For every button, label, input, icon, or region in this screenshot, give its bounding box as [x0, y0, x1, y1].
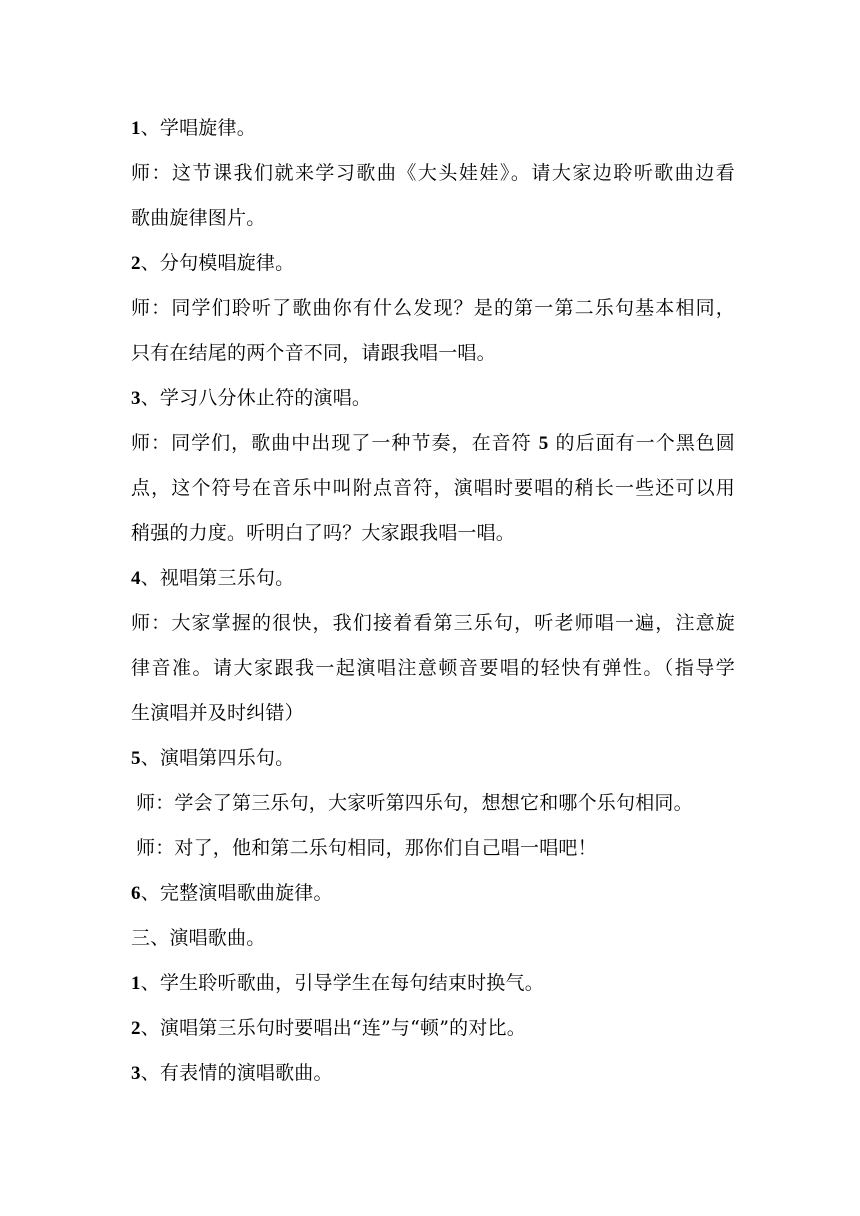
teacher-paragraph-line: 师：同学们聆听了歌曲你有什么发现？是的第一第二乐句基本相同， — [131, 293, 735, 338]
line-text: 师：同学们，歌曲中出现了一种节奏，在音符 — [131, 432, 539, 454]
teacher-paragraph-line: 歌曲旋律图片。 — [131, 203, 735, 248]
step-number: 6 — [131, 883, 141, 904]
step-heading: 3、有表情的演唱歌曲。 — [131, 1058, 735, 1103]
teacher-paragraph-line: 师：对了，他和第二乐句相同，那你们自己唱一唱吧！ — [131, 833, 735, 878]
step-title: 、完整演唱歌曲旋律。 — [141, 882, 333, 904]
step-title: 、学生聆听歌曲，引导学生在每句结束时换气。 — [141, 972, 544, 994]
step-title: 、学唱旋律。 — [141, 117, 256, 139]
step-number: 4 — [131, 568, 141, 589]
teacher-paragraph-line: 师：大家掌握的很快，我们接着看第三乐句，听老师唱一遍，注意旋 — [131, 608, 735, 653]
document-page: 1、学唱旋律。 师：这节课我们就来学习歌曲《大头娃娃》。请大家边聆听歌曲边看 歌… — [131, 113, 735, 1103]
step-heading: 2、分句模唱旋律。 — [131, 248, 735, 293]
teacher-paragraph-line: 律音准。请大家跟我一起演唱注意顿音要唱的轻快有弹性。（指导学 — [131, 653, 735, 698]
step-title: 、有表情的演唱歌曲。 — [141, 1062, 333, 1084]
step-title: 、演唱第四乐句。 — [141, 747, 295, 769]
step-heading: 4、视唱第三乐句。 — [131, 563, 735, 608]
step-number: 1 — [131, 118, 141, 139]
teacher-paragraph-line: 师：学会了第三乐句，大家听第四乐句，想想它和哪个乐句相同。 — [131, 788, 735, 833]
step-number: 1 — [131, 973, 141, 994]
step-number: 3 — [131, 1063, 141, 1084]
step-title: 、视唱第三乐句。 — [141, 567, 295, 589]
step-number: 2 — [131, 1018, 141, 1039]
step-title: 、演唱第三乐句时要唱出“连”与“顿”的对比。 — [141, 1017, 526, 1039]
step-number: 2 — [131, 253, 141, 274]
step-heading: 3、学习八分休止符的演唱。 — [131, 383, 735, 428]
step-heading: 6、完整演唱歌曲旋律。 — [131, 878, 735, 923]
step-number: 5 — [131, 748, 141, 769]
step-heading: 1、学生聆听歌曲，引导学生在每句结束时换气。 — [131, 968, 735, 1013]
teacher-paragraph-line: 稍强的力度。听明白了吗？大家跟我唱一唱。 — [131, 518, 735, 563]
step-title: 、学习八分休止符的演唱。 — [141, 387, 371, 409]
step-number: 3 — [131, 388, 141, 409]
step-title: 、分句模唱旋律。 — [141, 252, 295, 274]
step-heading: 5、演唱第四乐句。 — [131, 743, 735, 788]
teacher-paragraph-line: 师：同学们，歌曲中出现了一种节奏，在音符 5 的后面有一个黑色圆 — [131, 428, 735, 473]
step-heading: 1、学唱旋律。 — [131, 113, 735, 158]
section-heading: 三、演唱歌曲。 — [131, 923, 735, 968]
note-number: 5 — [539, 433, 549, 454]
teacher-paragraph-line: 只有在结尾的两个音不同，请跟我唱一唱。 — [131, 338, 735, 383]
teacher-paragraph-line: 生演唱并及时纠错） — [131, 698, 735, 743]
teacher-paragraph-line: 师：这节课我们就来学习歌曲《大头娃娃》。请大家边聆听歌曲边看 — [131, 158, 735, 203]
teacher-paragraph-line: 点，这个符号在音乐中叫附点音符，演唱时要唱的稍长一些还可以用 — [131, 473, 735, 518]
line-text: 的后面有一个黑色圆 — [548, 432, 735, 454]
step-heading: 2、演唱第三乐句时要唱出“连”与“顿”的对比。 — [131, 1013, 735, 1058]
